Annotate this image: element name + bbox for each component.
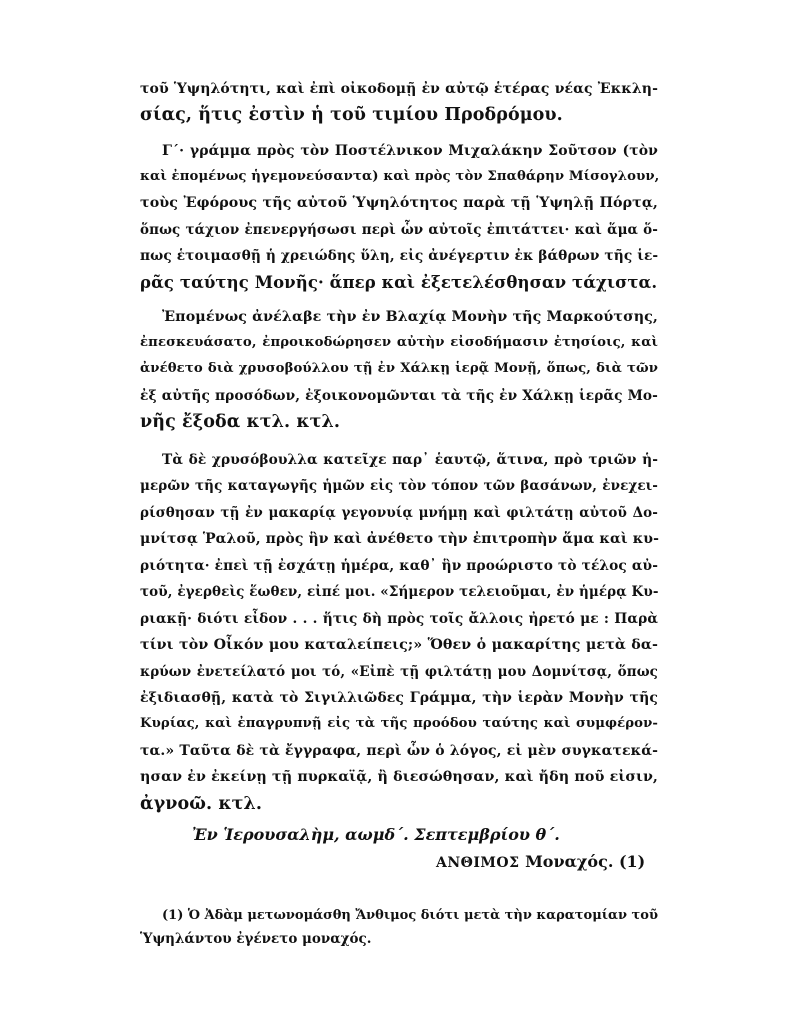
text-line: ριακῇ· διότι εἶδον . . . ἥτις δὴ πρὸς το… <box>140 606 658 632</box>
dateline: Ἐν Ἱερουσαλὴμ, αωμδ΄. Σεπτεμβρίου θ΄. <box>192 823 560 847</box>
text-line: πως ἑτοιμασθῇ ἡ χρειώδης ὕλη, εἰς ἀνέγερ… <box>140 243 658 269</box>
text-line: τα.» Ταῦτα δὲ τὰ ἔγγραφα, περὶ ὧν ὁ λόγο… <box>140 738 658 764</box>
signature: ΑΝΘΙΜΟΣ Μοναχός. (1) <box>436 850 645 875</box>
text-line: σίας, ἥτις ἐστὶν ἡ τοῦ τιμίου Προδρόμου. <box>140 102 658 128</box>
text-line: τοῦ Ὑψηλότητι, καὶ ἐπὶ οἰκοδομῇ ἐν αὐτῷ … <box>140 76 658 102</box>
footnote-reference: (1) <box>619 852 645 871</box>
signature-title: Μοναχός. <box>525 852 613 871</box>
document-page: τοῦ Ὑψηλότητι, καὶ ἐπὶ οἰκοδομῇ ἐν αὐτῷ … <box>0 0 800 1012</box>
text-line: τοὺς Ἐφόρους τῆς αὐτοῦ Ὑψηλότητος παρὰ τ… <box>140 190 658 216</box>
text-line: Τὰ δὲ χρυσόβουλλα κατεῖχε παρ᾽ ἑαυτῷ, ἅτ… <box>162 447 658 473</box>
text-line: μνίτσᾳ Ῥαλοῦ, πρὸς ἣν καὶ ἀνέθετο τὴν ἐπ… <box>140 526 658 552</box>
text-line: ησαν ἐν ἐκείνῃ τῇ πυρκαϊᾷ, ἢ διεσώθησαν,… <box>140 764 658 790</box>
text-line: Ἐπομένως ἀνέλαβε τὴν ἐν Βλαχίᾳ Μονὴν τῆς… <box>162 304 658 330</box>
text-line: νῆς ἔξοδα κτλ. κτλ. <box>140 409 658 435</box>
signature-name: ΑΝΘΙΜΟΣ <box>436 855 520 871</box>
text-line: καὶ ἐπομένως ἡγεμονεύσαντα) καὶ πρὸς τὸν… <box>140 164 658 190</box>
text-line: μερῶν τῆς καταγωγῆς ἡμῶν εἰς τὸν τόπον τ… <box>140 473 658 499</box>
text-line: ἐπεσκευάσατο, ἐπροικοδώρησεν αὐτὴν εἰσοδ… <box>140 330 658 356</box>
text-line: τοῦ, ἐγερθεὶς ἕωθεν, εἰπέ μοι. «Σήμερον … <box>140 579 658 605</box>
text-line: Κυρίας, καὶ ἐπαγρυπνῇ εἰς τὰ τῆς προόδου… <box>140 711 658 737</box>
text-line: Γ΄· γράμμα πρὸς τὸν Ποστέλνικον Μιχαλάκη… <box>162 138 658 164</box>
text-line: ἀγνοῶ. κτλ. <box>140 791 658 817</box>
footnote-line: Ὑψηλάντου ἐγένετο μοναχός. <box>140 928 658 950</box>
text-line: ριότητα· ἐπεὶ τῇ ἐσχάτῃ ἡμέρα, καθ᾽ ἣν π… <box>140 553 658 579</box>
footnote-line: (1) Ὁ Ἀδὰμ μετωνομάσθη Ἄνθιμος διότι μετ… <box>162 905 658 927</box>
text-line: ὅπως τάχιον ἐπενεργήσωσι περὶ ὧν αὐτοῖς … <box>140 217 658 243</box>
text-line: τίνι τὸν Οἶκόν μου καταλείπεις;» Ὅθεν ὁ … <box>140 632 658 658</box>
text-line: ρᾶς ταύτης Μονῆς· ἅπερ καὶ ἐξετελέσθησαν… <box>140 270 658 296</box>
text-line: ἐξ αὐτῆς προσόδων, ἐξοικονομῶνται τὰ τῆς… <box>140 383 658 409</box>
text-line: κρύων ἐνετείλατό μοι τό, «Εἰπὲ τῇ φιλτάτ… <box>140 659 658 685</box>
text-line: ἐξιδιασθῇ, κατὰ τὸ Σιγιλλιῶδες Γράμμα, τ… <box>140 685 658 711</box>
text-line: ρίσθησαν τῇ ἐν μακαρίᾳ γεγονυίᾳ μνήμῃ κα… <box>140 500 658 526</box>
text-line: ἀνέθετο διὰ χρυσοβούλλου τῇ ἐν Χάλκῃ ἱερ… <box>140 356 658 382</box>
